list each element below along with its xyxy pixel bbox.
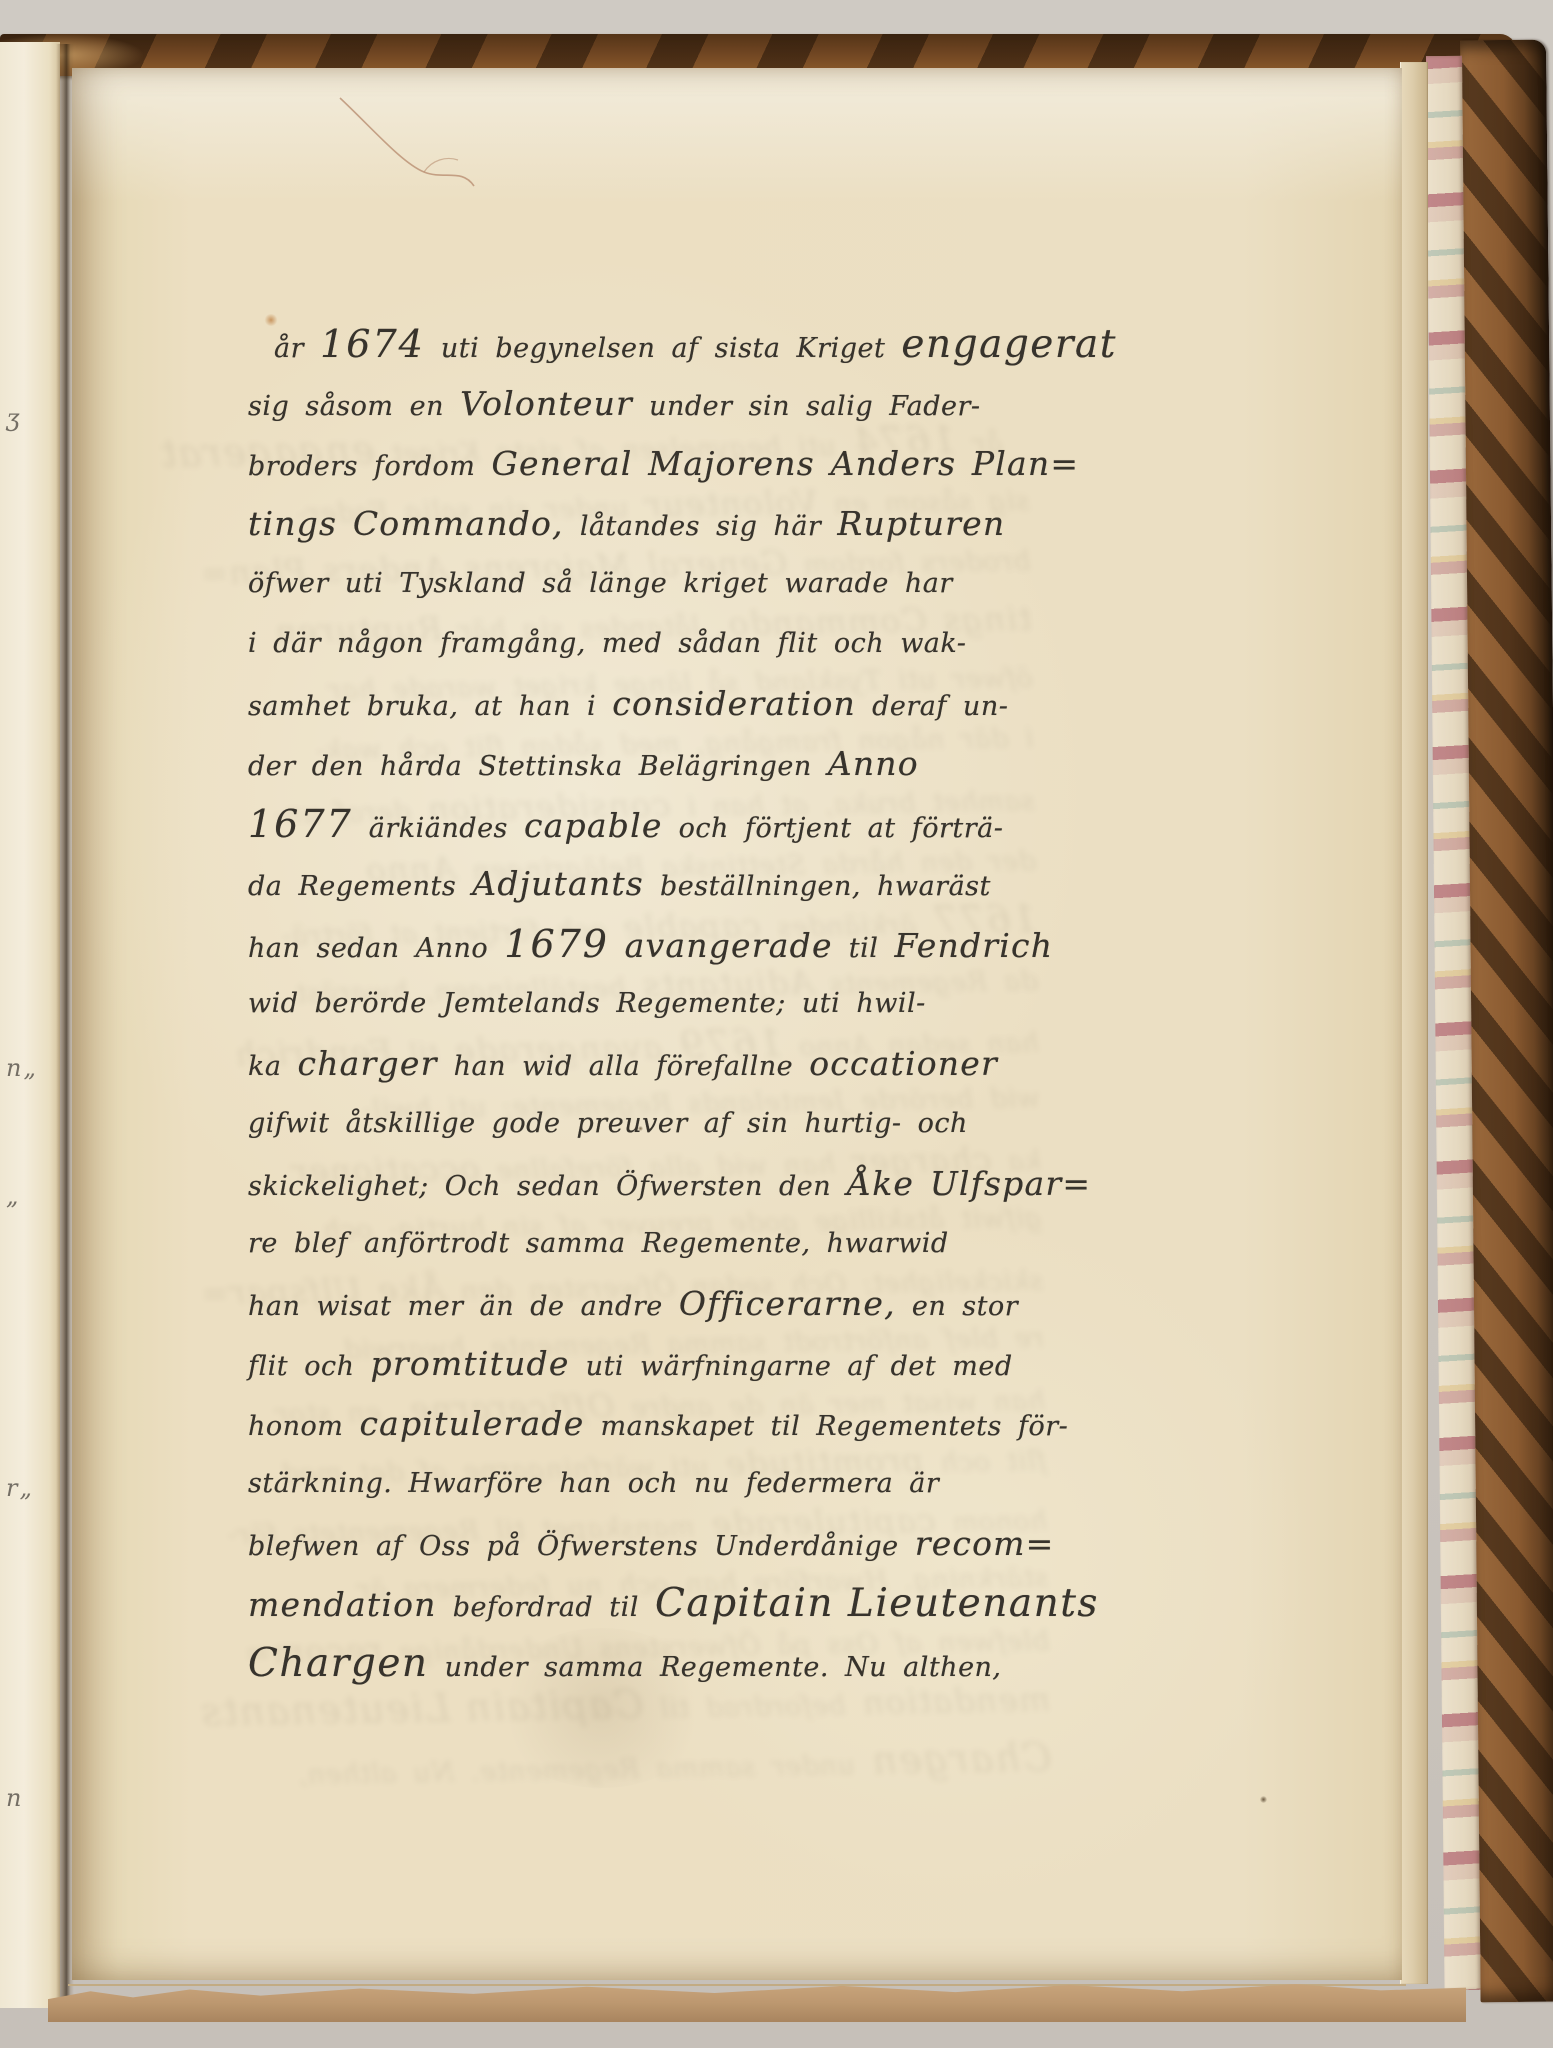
text-segment: han wisat mer än de andre bbox=[248, 1291, 679, 1322]
text-segment: da Regements bbox=[248, 871, 472, 902]
manuscript-line: mendation befordrad til Capitain Lieuten… bbox=[248, 1576, 1078, 1636]
text-segment: 1679 bbox=[504, 922, 609, 966]
text-segment: Åke Ulfspar= bbox=[847, 1164, 1091, 1203]
text-segment: ärkiändes bbox=[353, 813, 524, 844]
text-segment: avangerade bbox=[609, 926, 833, 965]
text-segment: sig såsom en bbox=[248, 391, 460, 422]
manuscript-line: Chargen under samma Regemente. Nu althen… bbox=[248, 1636, 1078, 1696]
facing-page-text-fragment: n„ bbox=[6, 1054, 38, 1082]
text-segment: capable bbox=[524, 806, 663, 845]
text-segment: tings Commando, bbox=[248, 504, 564, 543]
facing-page-text-fragment: n bbox=[6, 1784, 23, 1812]
manuscript-line: wid berörde Jemtelands Regemente; uti hw… bbox=[248, 976, 1078, 1036]
text-segment: ka bbox=[248, 1051, 298, 1082]
text-segment: uti begynelsen af sista Kriget bbox=[425, 333, 902, 364]
text-segment: under samma Regemente. Nu althen, bbox=[298, 1750, 871, 1791]
text-segment: promtitude bbox=[371, 1344, 570, 1383]
manuscript-line: stärkning. Hwarföre han och nu federmera… bbox=[248, 1456, 1078, 1516]
text-segment: blefwen af Oss på Öfwerstens Underdånige bbox=[248, 1531, 915, 1562]
manuscript-text-block: år 1674 uti begynelsen af sista Kriget e… bbox=[248, 316, 1078, 1696]
manuscript-line: flit och promtitude uti wärfningarne af … bbox=[248, 1336, 1078, 1396]
text-segment: 1674 bbox=[320, 322, 425, 366]
manuscript-line: broders fordom General Majorens Anders P… bbox=[248, 436, 1078, 496]
text-segment: consideration bbox=[612, 684, 856, 723]
manuscript-line: blefwen af Oss på Öfwerstens Underdånige… bbox=[248, 1516, 1078, 1576]
text-segment: occationer bbox=[809, 1044, 998, 1083]
manuscript-line: han wisat mer än de andre Officerarne, e… bbox=[248, 1276, 1078, 1336]
text-segment: Anno bbox=[828, 744, 919, 783]
manuscript-line: samhet bruka, at han i consideration der… bbox=[248, 676, 1078, 736]
manuscript-line: han sedan Anno 1679 avangerade til Fendr… bbox=[248, 916, 1078, 976]
text-segment: wid berörde Jemtelands Regemente; uti hw… bbox=[248, 988, 926, 1019]
text-segment: under sin salig Fader- bbox=[633, 391, 980, 422]
text-segment: honom bbox=[248, 1411, 359, 1442]
text-segment: Volonteur bbox=[460, 384, 633, 423]
manuscript-line: sig såsom en Volonteur under sin salig F… bbox=[248, 376, 1078, 436]
text-segment: han wid alla förefallne bbox=[438, 1051, 810, 1082]
text-segment: General Majorens Anders Plan= bbox=[491, 444, 1079, 483]
manuscript-line: i där någon framgång, med sådan flit och… bbox=[248, 616, 1078, 676]
text-segment: gifwit åtskillige gode preuver af sin hu… bbox=[248, 1108, 968, 1139]
text-segment: deraf un- bbox=[856, 691, 1008, 722]
page-bottom-edge bbox=[68, 1968, 1406, 1986]
facing-page-text-fragment: ʒ bbox=[6, 404, 22, 432]
text-segment: öfwer uti Tyskland så länge kriget warad… bbox=[248, 568, 953, 599]
text-segment: Fendrich bbox=[894, 926, 1053, 965]
facing-page-text-fragment: r„ bbox=[6, 1474, 34, 1502]
facing-page-sliver: ʒn„„r„n bbox=[0, 42, 60, 2008]
manuscript-line: gifwit åtskillige gode preuver af sin hu… bbox=[248, 1096, 1078, 1156]
text-segment: befordrad til bbox=[437, 1592, 655, 1623]
book-photo: ʒn„„r„n år 1674 uti begynelsen af sista … bbox=[0, 0, 1553, 2048]
text-segment: i där någon framgång, med sådan flit och… bbox=[248, 628, 966, 659]
text-segment: under samma Regemente. Nu althen, bbox=[429, 1652, 1002, 1683]
text-segment: Rupturen bbox=[837, 504, 1005, 543]
manuscript-line: re blef anförtrodt samma Regemente, hwar… bbox=[248, 1216, 1078, 1276]
text-segment: manskapet til Regementets för- bbox=[584, 1411, 1068, 1442]
manuscript-line: öfwer uti Tyskland så länge kriget warad… bbox=[248, 556, 1078, 616]
manuscript-line: skickelighet; Och sedan Öfwersten den Åk… bbox=[248, 1156, 1078, 1216]
text-segment: samhet bruka, at han i bbox=[248, 691, 612, 722]
text-segment: han sedan Anno bbox=[248, 933, 504, 964]
text-segment: flit och bbox=[248, 1351, 371, 1382]
text-segment: Adjutants bbox=[472, 864, 644, 903]
text-segment: re blef anförtrodt samma Regemente, hwar… bbox=[248, 1228, 949, 1259]
text-segment: broders fordom bbox=[248, 451, 491, 482]
text-segment: Officerarne, bbox=[679, 1284, 896, 1323]
text-segment: en stor bbox=[896, 1291, 1018, 1322]
page-stack-right-edge bbox=[1400, 62, 1428, 1984]
text-segment: mendation bbox=[248, 1585, 437, 1624]
text-segment: år bbox=[274, 333, 320, 364]
text-segment: til bbox=[833, 933, 895, 964]
text-segment: charger bbox=[298, 1044, 438, 1083]
manuscript-line: år 1674 uti begynelsen af sista Kriget e… bbox=[248, 316, 1078, 376]
paper-speck bbox=[1260, 1796, 1267, 1803]
text-segment: uti wärfningarne af det med bbox=[570, 1351, 1013, 1382]
text-segment: beställningen, hwaräst bbox=[644, 871, 991, 902]
text-segment: och förtjent at förträ- bbox=[663, 813, 1004, 844]
manuscript-line: der den hårda Stettinska Belägringen Ann… bbox=[248, 736, 1078, 796]
manuscript-line: da Regements Adjutants beställningen, hw… bbox=[248, 856, 1078, 916]
text-segment: skickelighet; Och sedan Öfwersten den bbox=[248, 1171, 847, 1202]
text-segment: stärkning. Hwarföre han och nu federmera… bbox=[248, 1468, 939, 1499]
text-segment: recom= bbox=[915, 1524, 1055, 1563]
manuscript-line: ka charger han wid alla förefallne occat… bbox=[248, 1036, 1078, 1096]
facing-page-text-fragment: „ bbox=[6, 1182, 20, 1210]
manuscript-line: 1677 ärkiändes capable och förtjent at f… bbox=[248, 796, 1078, 856]
text-segment: capitulerade bbox=[359, 1404, 584, 1443]
text-segment: Chargen bbox=[871, 1736, 1052, 1784]
text-segment: Chargen bbox=[248, 1641, 429, 1686]
manuscript-line: tings Commando, låtandes sig här Rupture… bbox=[248, 496, 1078, 556]
text-segment: engagerat bbox=[901, 322, 1117, 367]
text-segment: låtandes sig här bbox=[564, 511, 838, 542]
text-segment: 1677 bbox=[248, 802, 353, 846]
manuscript-line: honom capitulerade manskapet til Regemen… bbox=[248, 1396, 1078, 1456]
text-segment: der den hårda Stettinska Belägringen bbox=[248, 751, 828, 782]
text-segment: Capitain Lieutenants bbox=[655, 1581, 1099, 1626]
